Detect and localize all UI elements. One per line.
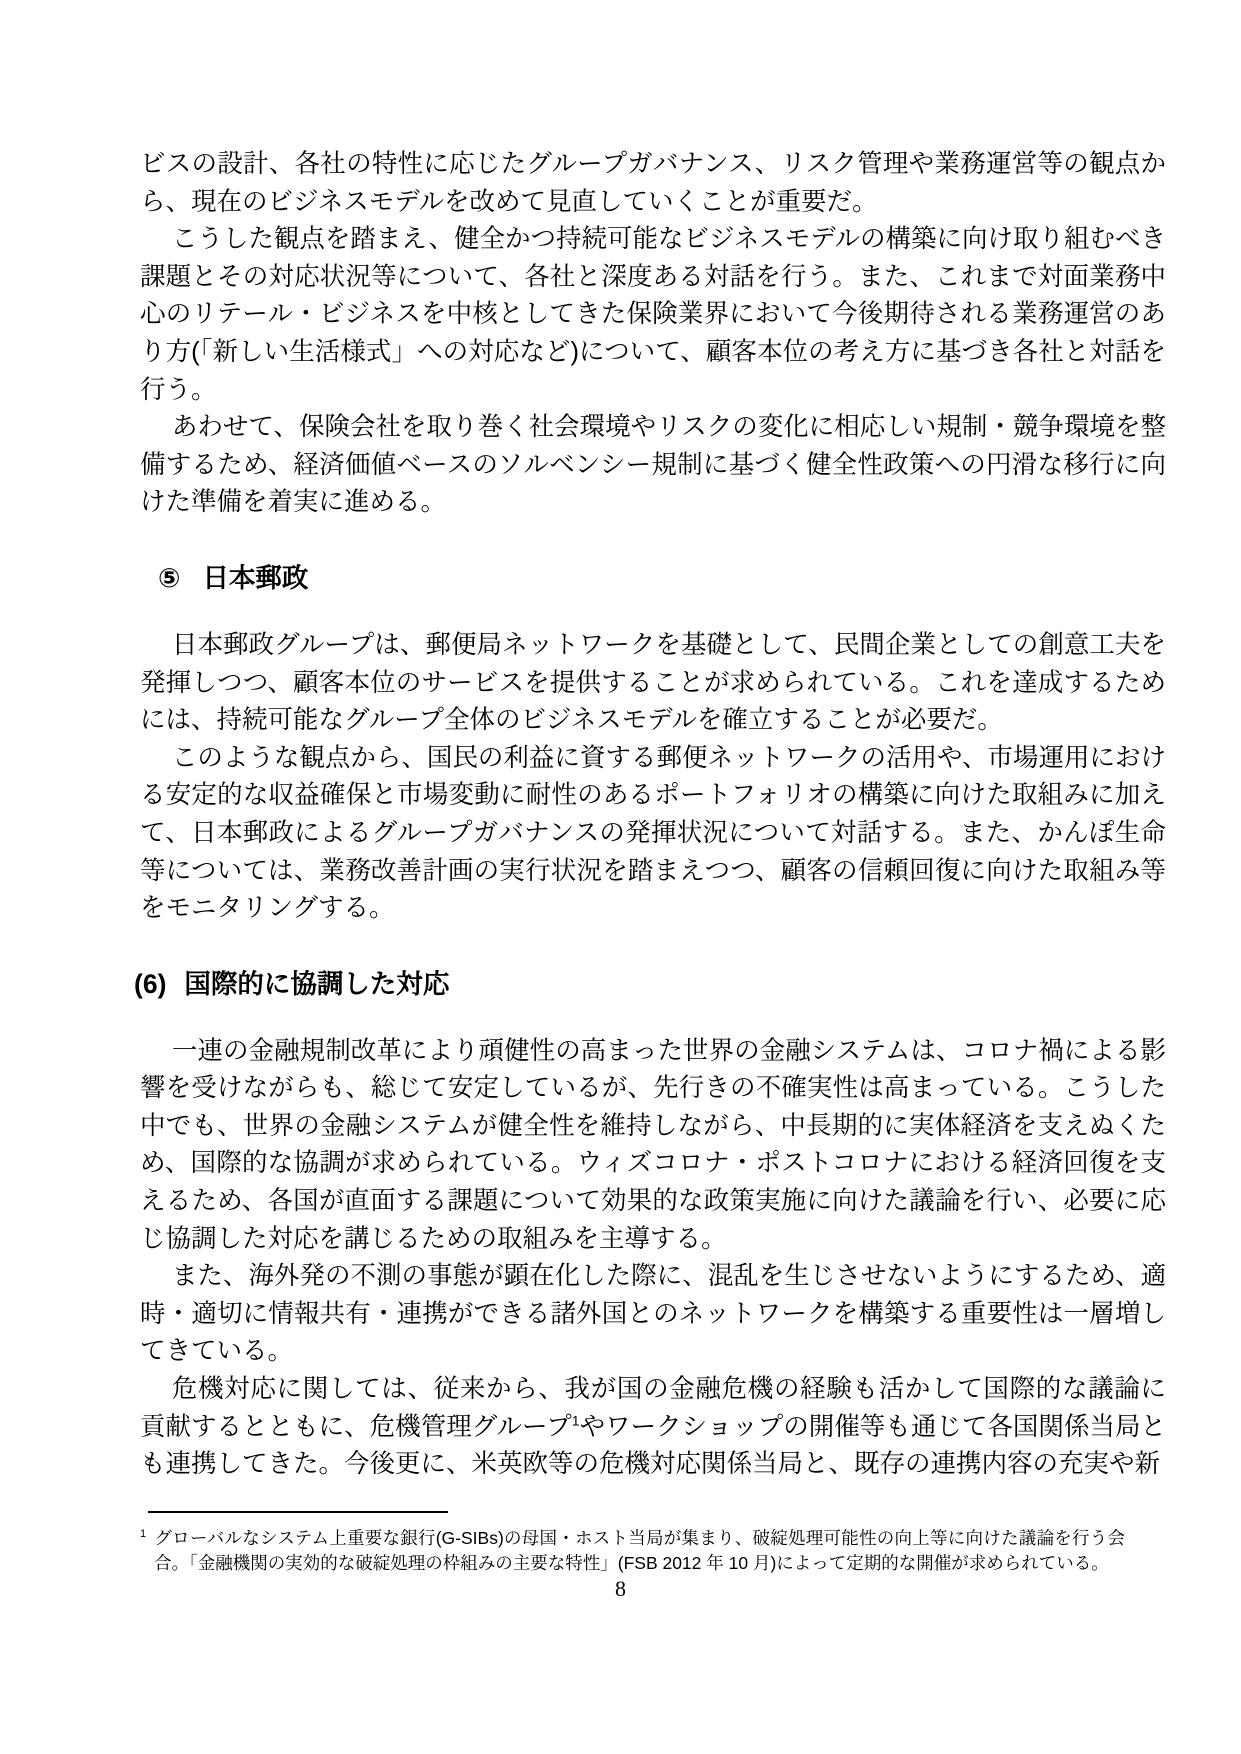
footnote-marker: 1 [140, 1528, 146, 1540]
paragraph-continuation: ビスの設計、各社の特性に応じたグループガバナンス、リスク管理や業務運営等の観点か… [140, 146, 1166, 221]
paragraph: あわせて、保険会社を取り巻く社会環境やリスクの変化に相応しい規制・競争環境を整備… [140, 409, 1166, 522]
section-heading-international-coordination: (6)国際的に協調した対応 [134, 965, 1166, 1003]
paragraph: こうした観点を踏まえ、健全かつ持続可能なビジネスモデルの構築に向け取り組むべき課… [140, 221, 1166, 409]
page-number: 8 [0, 1576, 1241, 1602]
footnote-area: 1グローバルなシステム上重要な銀行(G-SIBs)の母国・ホスト当局が集まり、破… [148, 1511, 1148, 1575]
paragraph: このような観点から、国民の利益に資する郵便ネットワークの活用や、市場運用における… [140, 740, 1166, 928]
document-page: ビスの設計、各社の特性に応じたグループガバナンス、リスク管理や業務運営等の観点か… [0, 0, 1241, 1754]
section-heading-title: 国際的に協調した対応 [184, 969, 449, 999]
section-heading-title: 日本郵政 [202, 563, 308, 593]
paragraph-with-footnote-ref: 危機対応に関しては、従来から、我が国の金融危機の経験も活かして国際的な議論に貢献… [140, 1371, 1166, 1484]
footnote-reference: 1 [572, 1412, 580, 1428]
footnote-separator-rule [148, 1511, 448, 1513]
paragraph: また、海外発の不測の事態が顕在化した際に、混乱を生じさせないようにするため、適時… [140, 1258, 1166, 1371]
footnote: 1グローバルなシステム上重要な銀行(G-SIBs)の母国・ホスト当局が集まり、破… [140, 1526, 1125, 1575]
page-content: ビスの設計、各社の特性に応じたグループガバナンス、リスク管理や業務運営等の観点か… [140, 146, 1166, 1484]
section-heading-number: (6) [134, 969, 166, 999]
section-heading-japan-post: ⑤日本郵政 [140, 559, 1166, 597]
footnote-text: グローバルなシステム上重要な銀行(G-SIBs)の母国・ホスト当局が集まり、破綻… [154, 1528, 1125, 1573]
paragraph: 一連の金融規制改革により頑健性の高まった世界の金融システムは、コロナ禍による影響… [140, 1033, 1166, 1259]
section-heading-number: ⑤ [158, 563, 180, 593]
paragraph: 日本郵政グループは、郵便局ネットワークを基礎として、民間企業としての創意工夫を発… [140, 627, 1166, 740]
